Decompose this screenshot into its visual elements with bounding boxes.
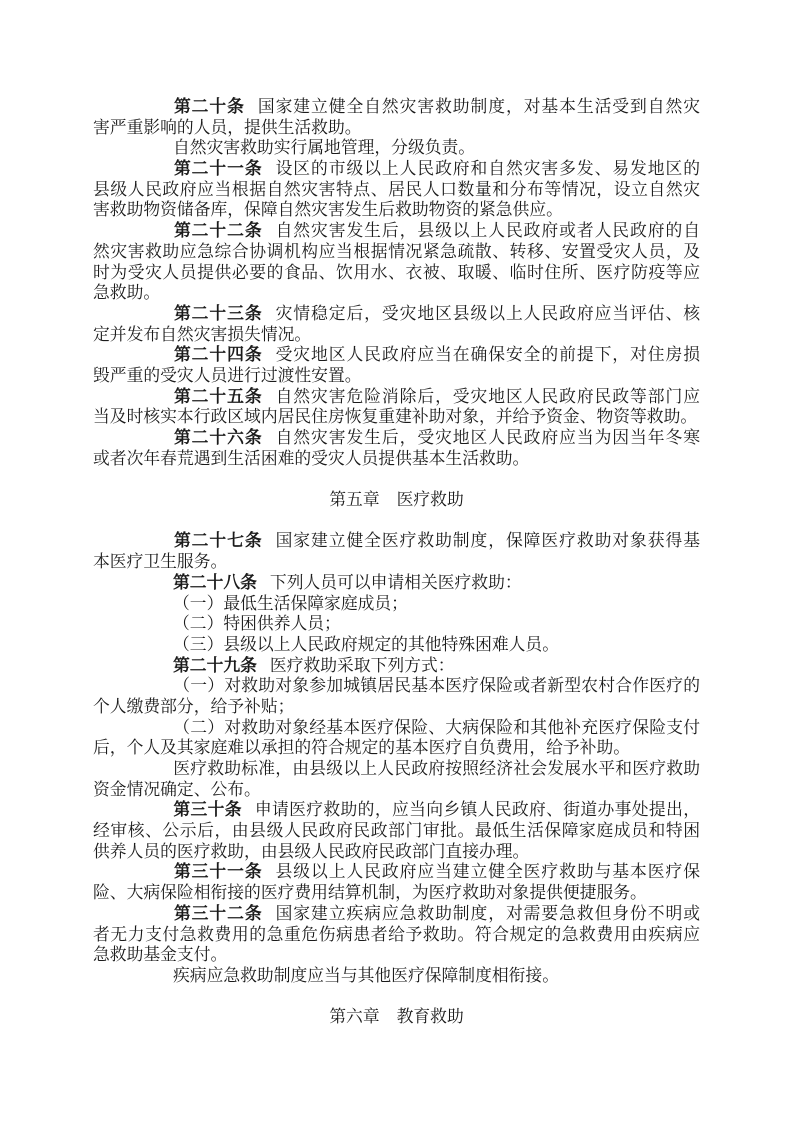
first-line-indent <box>93 318 173 319</box>
first-line-indent <box>93 690 173 691</box>
article-number: 第二十二条 <box>173 221 263 240</box>
text-line: 个人缴费部分，给予补贴； <box>93 697 700 718</box>
text-line: 第二十一条设区的市级以上人民政府和自然灾害多发、易发地区的 <box>93 159 700 180</box>
line-text: 险、大病保险相衔接的医疗费用结算机制，为医疗救助对象提供便捷服务。 <box>93 883 647 902</box>
article-number: 第二十一条 <box>173 159 263 178</box>
first-line-indent <box>93 152 173 153</box>
text-line: （三）县级以上人民政府规定的其他特殊困难人员。 <box>93 635 700 656</box>
text-line: 第二十三条灾情稳定后，受灾地区县级以上人民政府应当评估、核 <box>93 304 700 325</box>
chapter-number: 第六章 <box>329 1007 379 1026</box>
text-line: 本医疗卫生服务。 <box>93 552 700 573</box>
document-page: 第二十条国家建立健全自然灾害救助制度，对基本生活受到自然灾害严重影响的人员，提供… <box>0 0 793 1122</box>
blank-line <box>93 1028 700 1049</box>
text-line: 害救助物资储备库，保障自然灾害发生后救助物资的紧急供应。 <box>93 200 700 221</box>
text-line: 第二十二条自然灾害发生后，县级以上人民政府或者人民政府的自 <box>93 221 700 242</box>
article-number: 第二十六条 <box>173 428 263 447</box>
first-line-indent <box>93 359 173 360</box>
text-line: 毁严重的受灾人员进行过渡性安置。 <box>93 366 700 387</box>
text-line: 第二十八条下列人员可以申请相关医疗救助： <box>93 573 700 594</box>
article-number: 第二十九条 <box>173 656 257 675</box>
article-paragraph: 第二十八条下列人员可以申请相关医疗救助： <box>93 573 700 594</box>
document-content: 第二十条国家建立健全自然灾害救助制度，对基本生活受到自然灾害严重影响的人员，提供… <box>93 97 700 1049</box>
first-line-indent <box>93 670 173 671</box>
blank-line <box>93 987 700 1008</box>
line-text: 定并发布自然灾害损失情况。 <box>93 325 311 344</box>
first-line-indent <box>93 608 173 609</box>
line-text: 县级人民政府应当根据自然灾害特点、居民人口数量和分布等情况，设立自然灾 <box>93 180 700 199</box>
article-paragraph: 第三十条申请医疗救助的，应当向乡镇人民政府、街道办事处提出，经审核、公示后，由县… <box>93 800 700 862</box>
article-number: 第三十一条 <box>173 862 263 881</box>
text-line: 第三十二条国家建立疾病应急救助制度，对需要急救但身份不明或 <box>93 904 700 925</box>
line-text: 后，个人及其家庭难以承担的符合规定的基本医疗自负费用，给予补助。 <box>93 738 630 757</box>
first-line-indent <box>93 732 173 733</box>
paragraph: 疾病应急救助制度应当与其他医疗保障制度相衔接。 <box>93 966 700 987</box>
line-text: 自然灾害发生后，受灾地区人民政府应当为因当年冬寒 <box>276 428 700 447</box>
first-line-indent <box>93 587 173 588</box>
text-line: 害严重影响的人员，提供生活救助。 <box>93 118 700 139</box>
text-line: （一）最低生活保障家庭成员； <box>93 594 700 615</box>
text-line: 第二十四条受灾地区人民政府应当在确保安全的前提下，对住房损 <box>93 345 700 366</box>
line-text: 急救助。 <box>93 283 160 302</box>
text-line: 然灾害救助应急综合协调机构应当根据情况紧急疏散、转移、安置受灾人员，及 <box>93 242 700 263</box>
line-text: 经审核、公示后，由县级人民政府民政部门审批。最低生活保障家庭成员和特困 <box>93 821 700 840</box>
line-text: 资金情况确定、公布。 <box>93 780 261 799</box>
line-text: 急救助基金支付。 <box>93 945 227 964</box>
article-paragraph: 第二十七条国家建立健全医疗救助制度，保障医疗救助对象获得基本医疗卫生服务。 <box>93 531 700 572</box>
line-text: 害严重影响的人员，提供生活救助。 <box>93 118 362 137</box>
text-line: 供养人员的医疗救助，由县级人民政府民政部门直接办理。 <box>93 842 700 863</box>
line-text: 国家建立疾病应急救助制度，对需要急救但身份不明或 <box>276 904 700 923</box>
blank-line <box>93 469 700 490</box>
text-line: 医疗救助标准，由县级以上人民政府按照经济社会发展水平和医疗救助 <box>93 759 700 780</box>
line-text: （一）对救助对象参加城镇居民基本医疗保险或者新型农村合作医疗的 <box>173 676 700 695</box>
line-text: 自然灾害救助实行属地管理，分级负责。 <box>173 138 475 157</box>
line-text: 然灾害救助应急综合协调机构应当根据情况紧急疏散、转移、安置受灾人员，及 <box>93 242 700 261</box>
line-text: 毁严重的受灾人员进行过渡性安置。 <box>93 366 362 385</box>
first-line-indent <box>93 876 173 877</box>
first-line-indent <box>93 918 173 919</box>
text-line: （二）特困供养人员； <box>93 614 700 635</box>
text-line: 第三十条申请医疗救助的，应当向乡镇人民政府、街道办事处提出， <box>93 800 700 821</box>
line-text: 县级以上人民政府应当建立健全医疗救助与基本医疗保 <box>276 862 700 881</box>
first-line-indent <box>93 814 173 815</box>
first-line-indent <box>93 401 173 402</box>
text-line: 资金情况确定、公布。 <box>93 780 700 801</box>
line-text: 灾情稳定后，受灾地区县级以上人民政府应当评估、核 <box>276 304 700 323</box>
paragraph: （一）最低生活保障家庭成员； <box>93 594 700 615</box>
text-line: 疾病应急救助制度应当与其他医疗保障制度相衔接。 <box>93 966 700 987</box>
line-text: 当及时核实本行政区域内居民住房恢复重建补助对象，并给予资金、物资等救助。 <box>93 407 697 426</box>
line-text: 供养人员的医疗救助，由县级人民政府民政部门直接办理。 <box>93 842 529 861</box>
line-text: 疾病应急救助制度应当与其他医疗保障制度相衔接。 <box>173 966 559 985</box>
line-text: 国家建立健全自然灾害救助制度，对基本生活受到自然灾 <box>258 97 700 116</box>
text-line: 县级人民政府应当根据自然灾害特点、居民人口数量和分布等情况，设立自然灾 <box>93 180 700 201</box>
line-text: 医疗救助采取下列方式： <box>270 656 455 675</box>
article-paragraph: 第二十六条自然灾害发生后，受灾地区人民政府应当为因当年冬寒或者次年春荒遇到生活困… <box>93 428 700 469</box>
article-paragraph: 第三十一条县级以上人民政府应当建立健全医疗救助与基本医疗保险、大病保险相衔接的医… <box>93 862 700 903</box>
article-paragraph: 第二十五条自然灾害危险消除后，受灾地区人民政府民政等部门应当及时核实本行政区域内… <box>93 387 700 428</box>
text-line: 险、大病保险相衔接的医疗费用结算机制，为医疗救助对象提供便捷服务。 <box>93 883 700 904</box>
first-line-indent <box>93 980 173 981</box>
paragraph: （二）对救助对象经基本医疗保险、大病保险和其他补充医疗保险支付后，个人及其家庭难… <box>93 718 700 759</box>
article-number: 第三十二条 <box>173 904 263 923</box>
text-line: 急救助基金支付。 <box>93 945 700 966</box>
text-line: 第三十一条县级以上人民政府应当建立健全医疗救助与基本医疗保 <box>93 862 700 883</box>
chapter-title: 医疗救助 <box>397 490 464 509</box>
article-paragraph: 第二十九条医疗救助采取下列方式： <box>93 656 700 677</box>
text-line: 或者次年春荒遇到生活困难的受灾人员提供基本生活救助。 <box>93 449 700 470</box>
article-number: 第三十条 <box>173 800 242 819</box>
text-line: 急救助。 <box>93 283 700 304</box>
text-line: 当及时核实本行政区域内居民住房恢复重建补助对象，并给予资金、物资等救助。 <box>93 407 700 428</box>
chapter-number: 第五章 <box>329 490 379 509</box>
article-number: 第二十条 <box>173 97 245 116</box>
paragraph: 医疗救助标准，由县级以上人民政府按照经济社会发展水平和医疗救助资金情况确定、公布… <box>93 759 700 800</box>
line-text: 申请医疗救助的，应当向乡镇人民政府、街道办事处提出， <box>255 800 700 819</box>
text-line: 后，个人及其家庭难以承担的符合规定的基本医疗自负费用，给予补助。 <box>93 738 700 759</box>
first-line-indent <box>93 235 173 236</box>
article-paragraph: 第二十三条灾情稳定后，受灾地区县级以上人民政府应当评估、核定并发布自然灾害损失情… <box>93 304 700 345</box>
line-text: 受灾地区人民政府应当在确保安全的前提下，对住房损 <box>276 345 700 364</box>
article-paragraph: 第二十一条设区的市级以上人民政府和自然灾害多发、易发地区的县级人民政府应当根据自… <box>93 159 700 221</box>
text-line: 第二十九条医疗救助采取下列方式： <box>93 656 700 677</box>
blank-line <box>93 511 700 532</box>
line-text: 设区的市级以上人民政府和自然灾害多发、易发地区的 <box>276 159 700 178</box>
line-text: 个人缴费部分，给予补贴； <box>93 697 294 716</box>
line-text: 下列人员可以申请相关医疗救助： <box>270 573 522 592</box>
line-text: 自然灾害发生后，县级以上人民政府或者人民政府的自 <box>276 221 700 240</box>
article-paragraph: 第二十二条自然灾害发生后，县级以上人民政府或者人民政府的自然灾害救助应急综合协调… <box>93 221 700 304</box>
line-text: （二）特困供养人员； <box>173 614 341 633</box>
article-number: 第二十四条 <box>173 345 263 364</box>
text-line: （二）对救助对象经基本医疗保险、大病保险和其他补充医疗保险支付 <box>93 718 700 739</box>
first-line-indent <box>93 628 173 629</box>
paragraph: （二）特困供养人员； <box>93 614 700 635</box>
line-text: 医疗救助标准，由县级以上人民政府按照经济社会发展水平和医疗救助 <box>173 759 700 778</box>
paragraph: （一）对救助对象参加城镇居民基本医疗保险或者新型农村合作医疗的个人缴费部分，给予… <box>93 676 700 717</box>
text-line: 时为受灾人员提供必要的食品、饮用水、衣被、取暖、临时住所、医疗防疫等应 <box>93 263 700 284</box>
first-line-indent <box>93 545 173 546</box>
first-line-indent <box>93 173 173 174</box>
chapter-heading: 第六章教育救助 <box>93 1007 700 1028</box>
text-line: 者无力支付急救费用的急重危伤病患者给予救助。符合规定的急救费用由疾病应 <box>93 925 700 946</box>
text-line: 第二十条国家建立健全自然灾害救助制度，对基本生活受到自然灾 <box>93 97 700 118</box>
paragraph: （三）县级以上人民政府规定的其他特殊困难人员。 <box>93 635 700 656</box>
line-text: 或者次年春荒遇到生活困难的受灾人员提供基本生活救助。 <box>93 449 529 468</box>
line-text: 自然灾害危险消除后，受灾地区人民政府民政等部门应 <box>276 387 700 406</box>
text-line: 自然灾害救助实行属地管理，分级负责。 <box>93 138 700 159</box>
line-text: （一）最低生活保障家庭成员； <box>173 594 408 613</box>
article-paragraph: 第二十条国家建立健全自然灾害救助制度，对基本生活受到自然灾害严重影响的人员，提供… <box>93 97 700 138</box>
chapter-heading: 第五章医疗救助 <box>93 490 700 511</box>
text-line: 第二十五条自然灾害危险消除后，受灾地区人民政府民政等部门应 <box>93 387 700 408</box>
article-number: 第二十五条 <box>173 387 263 406</box>
first-line-indent <box>93 649 173 650</box>
chapter-title: 教育救助 <box>397 1007 464 1026</box>
text-line: （一）对救助对象参加城镇居民基本医疗保险或者新型农村合作医疗的 <box>93 676 700 697</box>
text-line: 定并发布自然灾害损失情况。 <box>93 325 700 346</box>
line-text: （三）县级以上人民政府规定的其他特殊困难人员。 <box>173 635 559 654</box>
line-text: 害救助物资储备库，保障自然灾害发生后救助物资的紧急供应。 <box>93 200 563 219</box>
line-text: 时为受灾人员提供必要的食品、饮用水、衣被、取暖、临时住所、医疗防疫等应 <box>93 263 700 282</box>
article-paragraph: 第三十二条国家建立疾病应急救助制度，对需要急救但身份不明或者无力支付急救费用的急… <box>93 904 700 966</box>
first-line-indent <box>93 111 173 112</box>
article-number: 第二十三条 <box>173 304 263 323</box>
article-paragraph: 第二十四条受灾地区人民政府应当在确保安全的前提下，对住房损毁严重的受灾人员进行过… <box>93 345 700 386</box>
line-text: 者无力支付急救费用的急重危伤病患者给予救助。符合规定的急救费用由疾病应 <box>93 925 700 944</box>
line-text: 国家建立健全医疗救助制度，保障医疗救助对象获得基 <box>276 531 700 550</box>
text-line: 第二十六条自然灾害发生后，受灾地区人民政府应当为因当年冬寒 <box>93 428 700 449</box>
line-text: （二）对救助对象经基本医疗保险、大病保险和其他补充医疗保险支付 <box>173 718 700 737</box>
line-text: 本医疗卫生服务。 <box>93 552 227 571</box>
first-line-indent <box>93 773 173 774</box>
paragraph: 自然灾害救助实行属地管理，分级负责。 <box>93 138 700 159</box>
article-number: 第二十八条 <box>173 573 257 592</box>
first-line-indent <box>93 442 173 443</box>
text-line: 经审核、公示后，由县级人民政府民政部门审批。最低生活保障家庭成员和特困 <box>93 821 700 842</box>
article-number: 第二十七条 <box>173 531 263 550</box>
text-line: 第二十七条国家建立健全医疗救助制度，保障医疗救助对象获得基 <box>93 531 700 552</box>
